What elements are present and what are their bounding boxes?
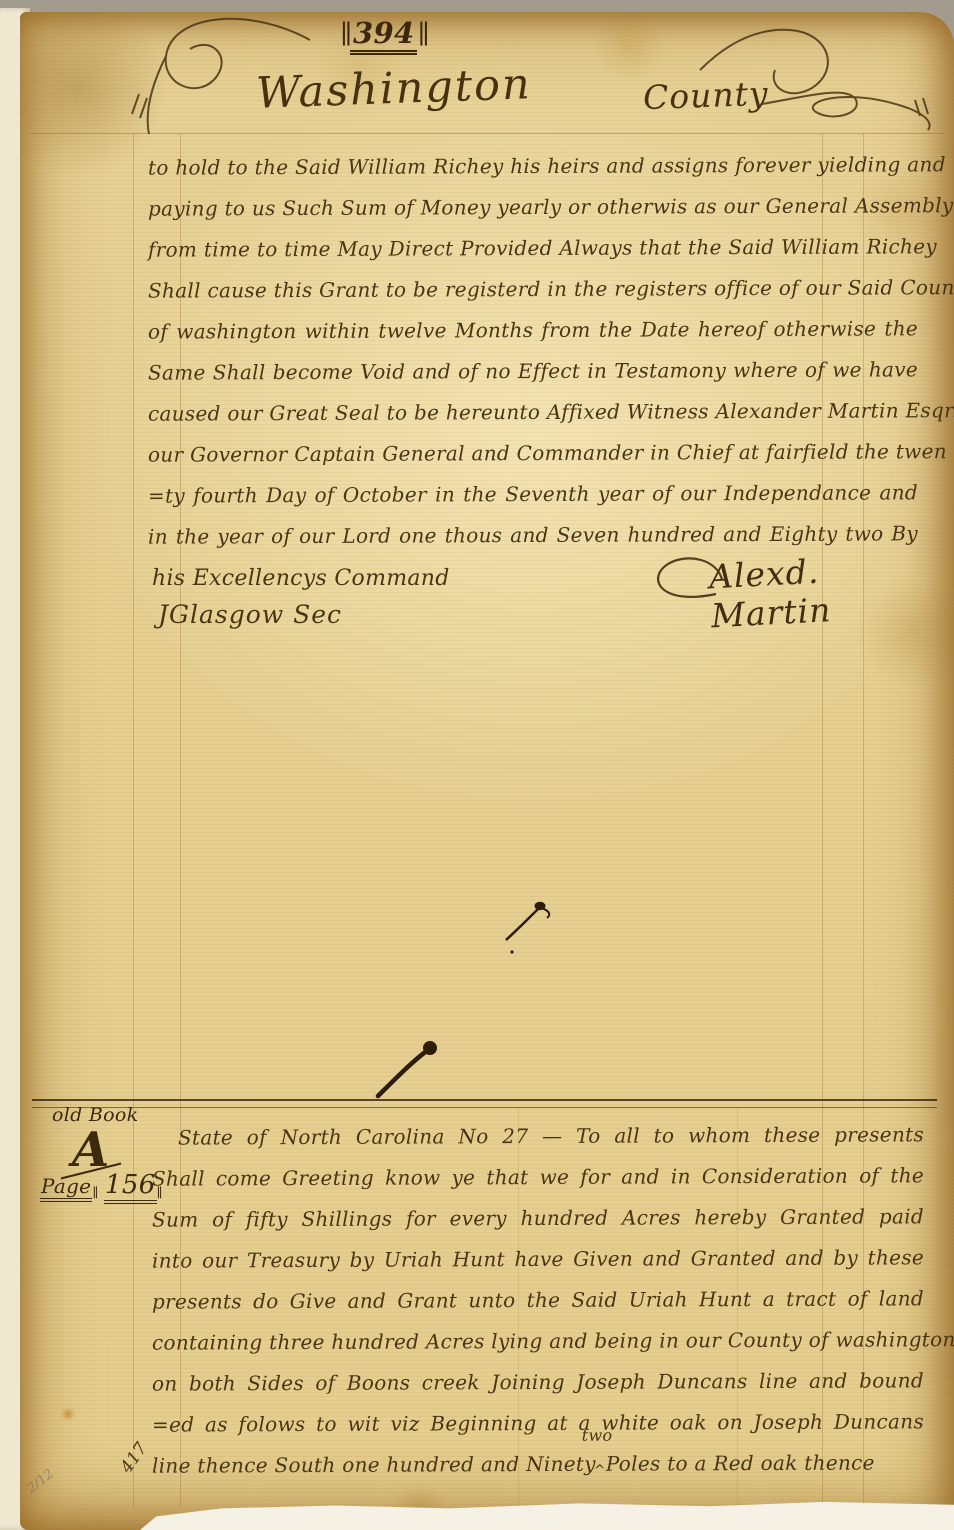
manuscript-line: Shall come Greeting know ye that we for … <box>152 1155 924 1199</box>
county-header-word: County <box>642 74 769 117</box>
manuscript-line: State of North Carolina No 27 — To all t… <box>152 1114 924 1158</box>
manuscript-line: caused our Great Seal to be hereunto Aff… <box>148 390 918 434</box>
manuscript-line: presents do Give and Grant unto the Said… <box>152 1278 924 1322</box>
last-line-end: Poles to a Red oak thence <box>606 1451 875 1476</box>
secretary-signature: JGlasgow Sec <box>158 600 342 629</box>
page-word-bars: ∥ <box>92 1186 97 1201</box>
manuscript-line: of washington within twelve Months from … <box>148 308 918 352</box>
manuscript-line: from time to time May Direct Provided Al… <box>148 226 918 270</box>
page-number-left-bars: ∥ <box>340 20 350 50</box>
page-number: 394 <box>350 16 417 55</box>
old-book-volume-letter: A <box>38 1126 158 1174</box>
inserted-word: two <box>582 1428 613 1444</box>
manuscript-line-with-insertion: line thence South one hundred and Ninety… <box>152 1442 924 1486</box>
manuscript-line: =ed as folows to wit viz Beginning at a … <box>152 1401 924 1445</box>
closing-phrase: his Excellencys Command <box>152 566 450 591</box>
top-margin-rule <box>30 133 944 134</box>
manuscript-line: Sum of fifty Shillings for every hundred… <box>152 1196 924 1240</box>
grant-entry-hunt: State of North Carolina No 27 — To all t… <box>152 1116 924 1485</box>
scanned-record-book-page: ∥394∥ Washington County to hold to the S… <box>0 0 954 1530</box>
left-margin-rule-outer <box>133 133 134 1508</box>
manuscript-line: containing three hundred Acres lying and… <box>152 1319 924 1363</box>
manuscript-line: Same Shall become Void and of no Effect … <box>148 349 918 393</box>
governor-signature: Alexd. Martin <box>708 547 918 636</box>
manuscript-line: paying to us Such Sum of Money yearly or… <box>148 185 918 229</box>
insertion-caret: ^ <box>594 1464 606 1478</box>
page-number-block: ∥394∥ <box>340 16 427 50</box>
manuscript-line: Shall cause this Grant to be registerd i… <box>148 267 918 311</box>
interlinear-insertion: two^ <box>596 1444 606 1485</box>
manuscript-line: our Governor Captain General and Command… <box>148 431 918 475</box>
manuscript-line: =ty fourth Day of October in the Seventh… <box>148 472 918 516</box>
grant-entry-richey: to hold to the Said William Richey his h… <box>148 146 918 556</box>
entry-separator-double-rule <box>32 1099 937 1108</box>
page-number-right-bars: ∥ <box>417 20 427 50</box>
county-header-name: Washington <box>255 59 532 119</box>
margin-note-old-book: old Book A Page∥ 156∥ <box>38 1104 158 1174</box>
last-line-start: line thence South one hundred and Ninety <box>152 1452 596 1478</box>
page-ref-number: 156 <box>104 1170 157 1204</box>
manuscript-line: into our Treasury by Uriah Hunt have Giv… <box>152 1237 924 1281</box>
page-word: Page <box>40 1174 92 1202</box>
old-book-page-ref: Page∥ 156∥ <box>40 1170 162 1201</box>
manuscript-line: on both Sides of Boons creek Joining Jos… <box>152 1360 924 1404</box>
manuscript-line: to hold to the Said William Richey his h… <box>148 144 918 188</box>
